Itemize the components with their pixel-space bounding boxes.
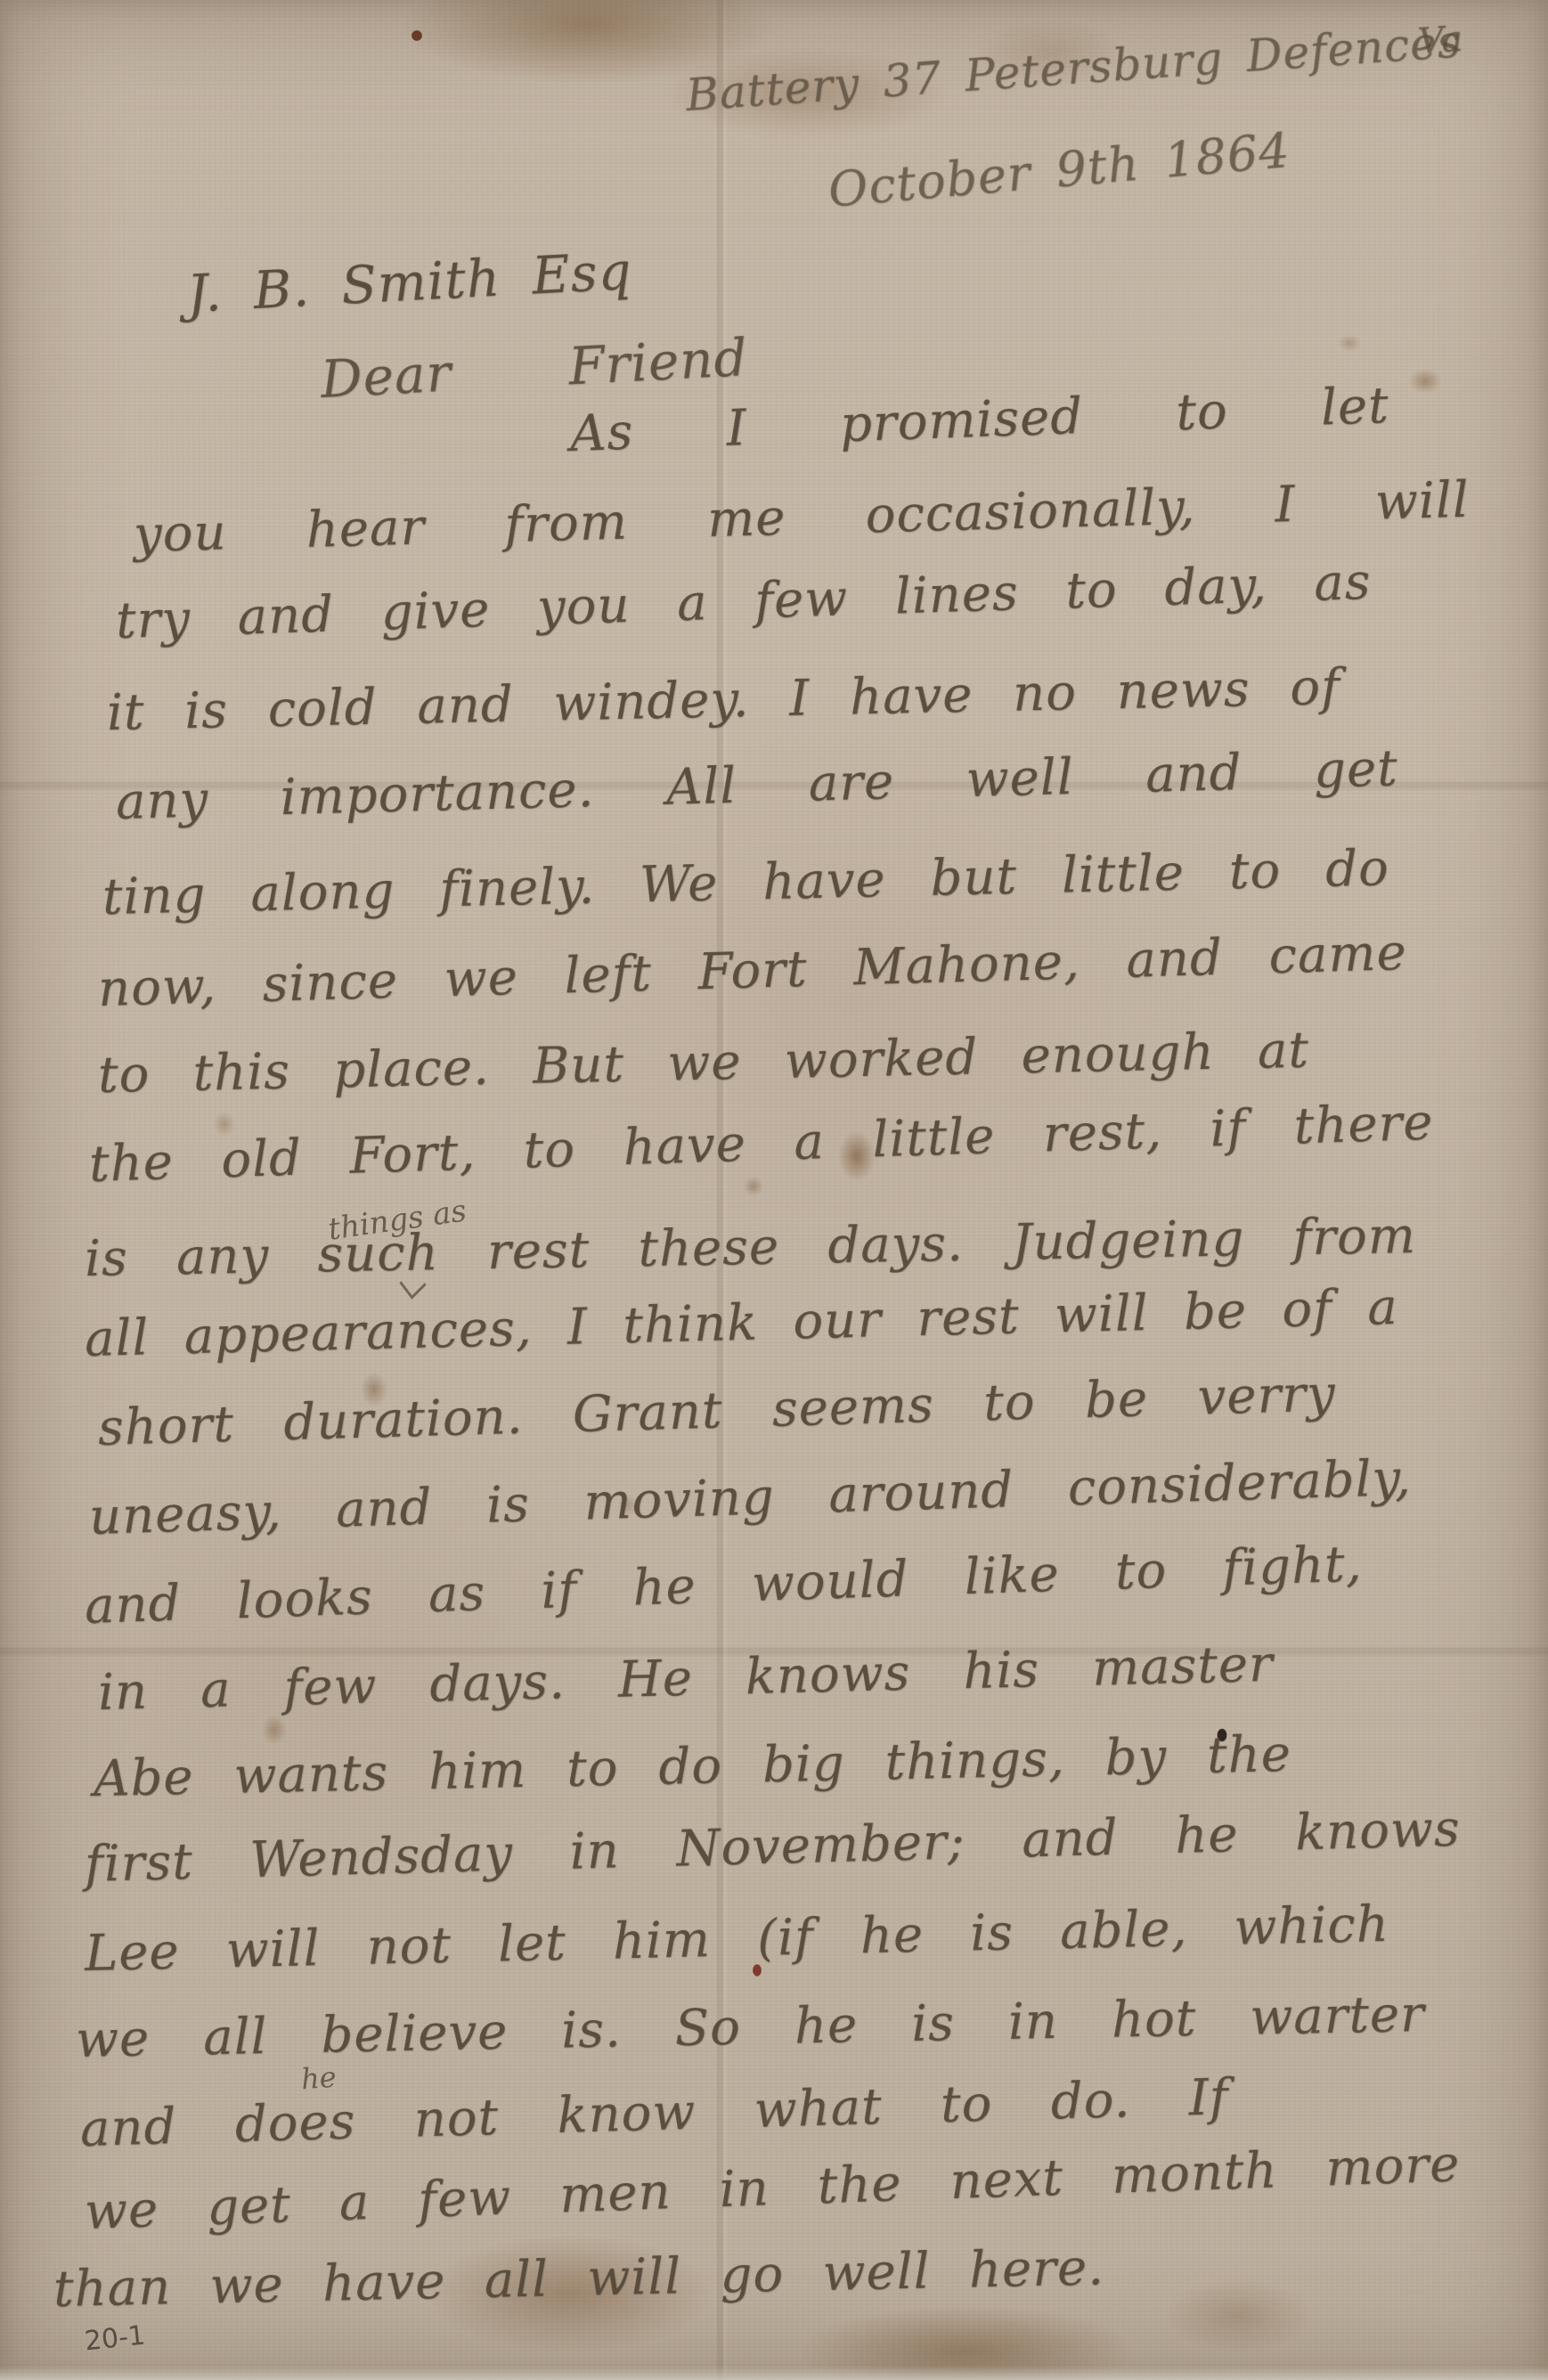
letter-line: Abe wants him to do big things, by the xyxy=(93,1725,1291,1808)
letter-line: Lee will not let him (if he is able, whi… xyxy=(84,1895,1389,1983)
salutation-addressee: J. B. Smith Esq xyxy=(185,240,633,324)
letter-line: short duration. Grant seems to be verry xyxy=(97,1365,1336,1457)
letter-line: uneasy, and is moving around considerabl… xyxy=(88,1449,1412,1546)
letter-line: now, since we left Fort Mahone, and came xyxy=(97,924,1407,1018)
letter-line: than we have all will go well here. xyxy=(53,2238,1104,2319)
letter-line: try and give you a few lines to day, as xyxy=(115,553,1372,650)
letter-line: and does not know what to do. If xyxy=(79,2068,1229,2158)
pencil-annotation: 20-1 xyxy=(83,2320,146,2358)
letter-line: we all believe is. So he is in hot warte… xyxy=(75,1985,1425,2069)
heading-state-abbr: Va xyxy=(1416,18,1464,61)
letter-line: in a few days. He knows his master xyxy=(97,1635,1274,1722)
scan-edge xyxy=(0,2366,1548,2380)
letter-line: to this place. But we worked enough at xyxy=(97,1022,1309,1104)
letter-page: Battery 37 Petersburg Defences Va Octobe… xyxy=(0,0,1548,2380)
heading-date-line: October 9th 1864 xyxy=(826,122,1292,218)
letter-line: is any such rest these days. Judgeing fr… xyxy=(84,1207,1416,1288)
letter-line: ting along finely. We have but little to… xyxy=(102,839,1389,926)
letter-line: you hear from me occasionally, I will xyxy=(133,471,1470,564)
letter-line: it is cold and windey. I have no news of xyxy=(106,658,1340,742)
letter-line: and looks as if he would like to fight, xyxy=(84,1535,1363,1635)
letter-line: all appearances, I think our rest will b… xyxy=(84,1278,1398,1368)
letter-line: any importance. All are well and get xyxy=(115,739,1398,831)
letter-line: first Wendsday in November; and he knows xyxy=(84,1800,1461,1894)
insertion-he: he xyxy=(300,2060,338,2097)
heading-unit-line: Battery 37 Petersburg Defences xyxy=(684,15,1462,121)
salutation-greeting: Dear Friend xyxy=(319,327,749,410)
letter-line: the old Fort, to have a little rest, if … xyxy=(88,1094,1434,1194)
